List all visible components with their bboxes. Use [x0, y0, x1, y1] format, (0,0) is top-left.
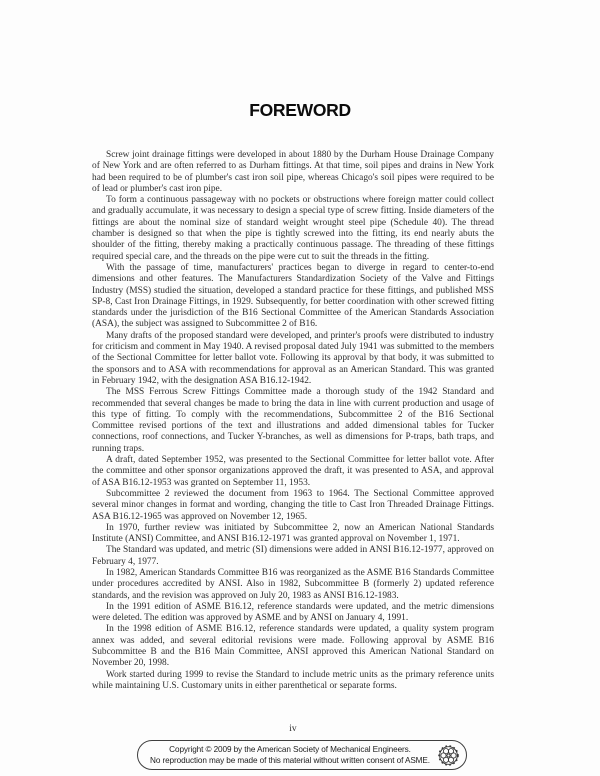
paragraph: In the 1998 edition of ASME B16.12, refe…	[92, 624, 494, 669]
copyright-line-1: Copyright © 2009 by the American Society…	[150, 744, 430, 755]
paragraph: In 1970, further review was initiated by…	[92, 523, 494, 546]
copyright-line-2: No reproduction may be made of this mate…	[150, 755, 430, 766]
asme-seal-icon	[438, 745, 459, 766]
paragraph: Many drafts of the proposed standard wer…	[92, 331, 494, 387]
foreword-title: FOREWORD	[0, 100, 600, 121]
paragraph: The Standard was updated, and metric (SI…	[92, 545, 494, 568]
paragraph: In the 1991 edition of ASME B16.12, refe…	[92, 602, 494, 625]
copyright-box: Copyright © 2009 by the American Society…	[137, 740, 467, 770]
paragraph: The MSS Ferrous Screw Fittings Committee…	[92, 387, 494, 455]
foreword-body: Screw joint drainage fittings were devel…	[92, 150, 494, 692]
paragraph: With the passage of time, manufacturers'…	[92, 263, 494, 331]
paragraph: A draft, dated September 1952, was prese…	[92, 455, 494, 489]
paragraph: Subcommittee 2 reviewed the document fro…	[92, 489, 494, 523]
paragraph: To form a continuous passageway with no …	[92, 195, 494, 263]
paragraph: Screw joint drainage fittings were devel…	[92, 150, 494, 195]
page-number: iv	[92, 724, 494, 734]
copyright-notice: Copyright © 2009 by the American Society…	[150, 744, 430, 766]
paragraph: Work started during 1999 to revise the S…	[92, 670, 494, 693]
paragraph: In 1982, American Standards Committee B1…	[92, 568, 494, 602]
document-page: FOREWORD Screw joint drainage fittings w…	[0, 0, 600, 776]
